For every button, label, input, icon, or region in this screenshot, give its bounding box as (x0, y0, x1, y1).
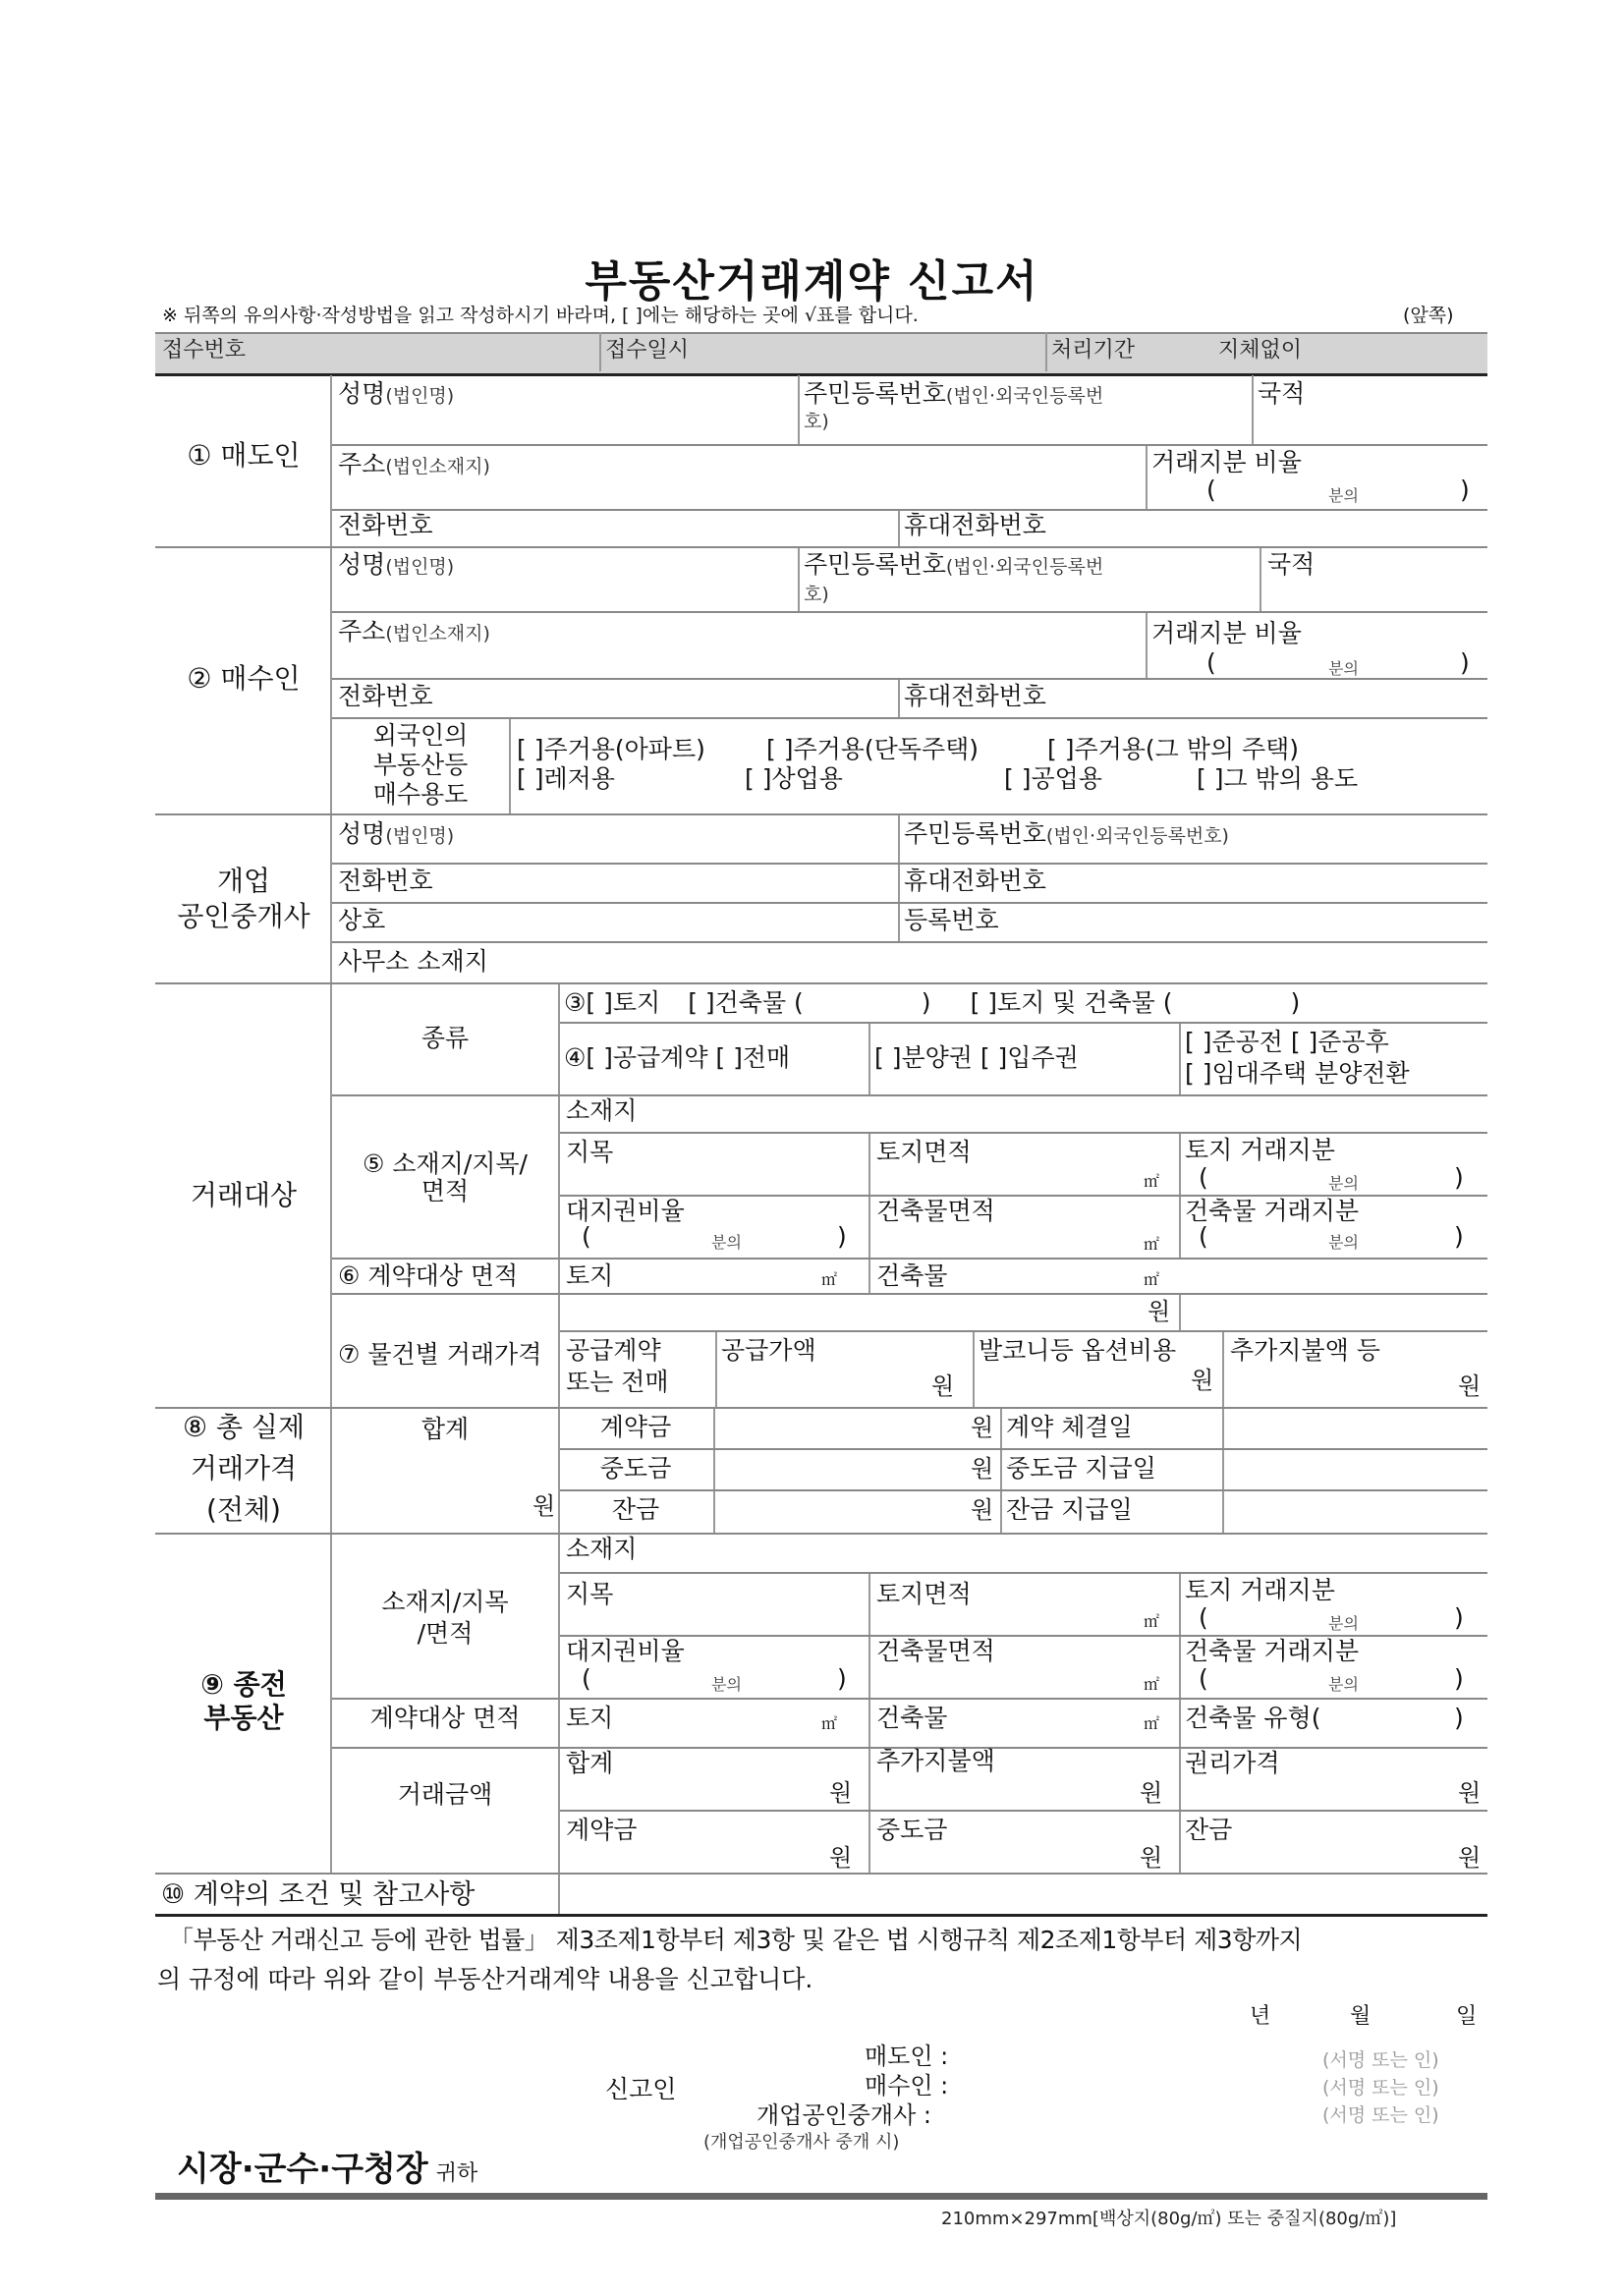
type-option-land[interactable]: [ ]토지 (586, 988, 660, 1017)
prev-amount-label: 거래금액 (332, 1780, 558, 1810)
agent-phone-label: 전화번호 (338, 867, 433, 896)
seller-mobile-label: 휴대전화번호 (904, 511, 1046, 540)
buyer-signature-label: 매수인 : (865, 2071, 948, 2100)
agent-signature-label: 개업공인중개사 : (756, 2100, 931, 2130)
supply-price-label: 공급가액 (721, 1336, 816, 1366)
deposit-amount-field[interactable] (715, 1409, 998, 1448)
addressee-main: 시장·군수·구청장 (177, 2150, 428, 2189)
prev-location-label-2: /면적 (332, 1619, 558, 1649)
agent-registration-label: 등록번호 (904, 906, 999, 935)
prev-interim-label: 중도금 (876, 1816, 947, 1845)
additional-payment-label: 추가지불액 등 (1230, 1336, 1380, 1366)
conditions-label: ⑩ 계약의 조건 및 참고사항 (161, 1880, 475, 1910)
target-building-share-label: 건축물 거래지분 (1185, 1197, 1359, 1226)
target-location-field[interactable] (560, 1096, 1487, 1132)
prev-contract-area-label: 계약대상 면적 (332, 1704, 558, 1733)
buyer-name-label: 성명(법인명) (338, 550, 454, 582)
prev-location-label: 소재지 (566, 1535, 637, 1564)
paper-spec: 210mm×297mm[백상지(80g/㎡) 또는 중질지(80g/㎡)] (941, 2205, 1396, 2234)
use-option-leisure[interactable]: [ ]레저용 (517, 764, 615, 794)
buyer-phone-label: 전화번호 (338, 682, 433, 711)
prev-contract-building-label: 건축물 (876, 1704, 947, 1733)
seller-name-label: 성명(법인명) (338, 379, 454, 411)
balance-label: 잔금 (560, 1495, 711, 1525)
prev-site-right-label: 대지권비율 (566, 1637, 685, 1666)
date-month-label: 월 (1350, 2002, 1371, 2032)
type-row-4-rental-conversion[interactable]: [ ]임대주택 분양전환 (1185, 1059, 1410, 1089)
target-building-area-label: 건축물면적 (876, 1197, 995, 1226)
type-label: 종류 (332, 1024, 558, 1053)
type-option-building[interactable]: [ ]건축물 ( (688, 988, 804, 1017)
agent-section-label-1: 개업 (157, 863, 330, 900)
interim-label: 중도금 (560, 1454, 711, 1484)
page-side-label: (앞쪽) (1403, 301, 1454, 330)
contract-building-label: 건축물 (876, 1261, 947, 1291)
use-option-other-housing[interactable]: [ ]주거용(그 밖의 주택) (1047, 735, 1299, 764)
seller-nationality-label: 국적 (1258, 379, 1305, 409)
previous-property-label-2: 부동산 (157, 1700, 330, 1737)
seller-id-label: 주민등록번호(법인·외국인등록번 (804, 379, 1103, 411)
type-row-4-supply[interactable]: ④[ ]공급계약 [ ]전매 (564, 1043, 790, 1073)
type-option-land-and-building[interactable]: [ ]토지 및 건축물 ( (971, 988, 1173, 1017)
instructions-notice: ※ 뒤쪽의 유의사항·작성방법을 읽고 작성하시기 바라며, [ ]에는 해당하… (162, 301, 919, 330)
total-price-label-1: ⑧ 총 실제 (157, 1409, 330, 1446)
target-section-label: 거래대상 (157, 1177, 330, 1214)
seller-address-label: 주소(법인소재지) (338, 450, 490, 481)
type-row-4-completion[interactable]: [ ]준공전 [ ]준공후 (1185, 1028, 1389, 1057)
date-day-label: 일 (1456, 2002, 1477, 2032)
declaration-line-1: 「부동산 거래신고 등에 관한 법률」 제3조제1항부터 제3항 및 같은 법 … (169, 1926, 1302, 1955)
use-option-industrial[interactable]: [ ]공업용 (1004, 764, 1102, 794)
agent-office-label: 사무소 소재지 (338, 947, 488, 977)
buyer-sign-hint[interactable]: (서명 또는 인) (1322, 2073, 1439, 2102)
balance-date-label: 잔금 지급일 (1006, 1495, 1133, 1525)
previous-property-label-1: ⑨ 종전 (157, 1666, 330, 1704)
prev-right-price-label: 권리가격 (1185, 1749, 1280, 1778)
balcony-option-label: 발코니등 옵션비용 (979, 1336, 1176, 1366)
seller-sign-hint[interactable]: (서명 또는 인) (1322, 2045, 1439, 2075)
prev-deposit-label: 계약금 (566, 1816, 637, 1845)
seller-signature-label: 매도인 : (865, 2042, 948, 2071)
total-price-label-2: 거래가격 (157, 1450, 330, 1487)
contract-building-area-field[interactable] (870, 1260, 1487, 1293)
target-land-area-label: 토지면적 (876, 1138, 972, 1167)
use-option-detached-house[interactable]: [ ]주거용(단독주택) (766, 735, 979, 764)
balance-amount-field[interactable] (715, 1491, 998, 1533)
addressee-suffix: 귀하 (436, 2161, 478, 2186)
use-option-other-use[interactable]: [ ]그 밖의 용도 (1197, 764, 1358, 794)
footer-bar (155, 2193, 1487, 2200)
use-option-apartment[interactable]: [ ]주거용(아파트) (517, 735, 705, 764)
agent-id-label: 주민등록번호(법인·외국인등록번호) (904, 819, 1229, 851)
contract-land-label: 토지 (566, 1261, 613, 1291)
interim-date-label: 중도금 지급일 (1006, 1454, 1156, 1484)
balance-date-field[interactable] (1224, 1491, 1487, 1533)
prev-land-category-label: 지목 (566, 1580, 613, 1609)
foreign-use-label-1: 외국인의 (334, 721, 507, 751)
use-option-commercial[interactable]: [ ]상업용 (745, 764, 843, 794)
agent-trade-name-label: 상호 (338, 906, 385, 935)
location-label-1: ⑤ 소재지/지목/ (332, 1149, 558, 1179)
supply-or-resale-label-1: 공급계약 (566, 1336, 661, 1366)
interim-date-field[interactable] (1224, 1450, 1487, 1489)
agent-trade-name-field[interactable] (332, 904, 896, 941)
receipt-number-label: 접수번호 (162, 336, 246, 365)
buyer-id-label: 주민등록번호(법인·외국인등록번 (804, 550, 1103, 582)
deposit-label: 계약금 (560, 1413, 711, 1442)
price-by-property-field[interactable] (560, 1295, 1179, 1330)
location-label-2: 면적 (332, 1177, 558, 1206)
price-by-property-label: ⑦ 물건별 거래가격 (338, 1340, 541, 1370)
agent-mobile-label: 휴대전화번호 (904, 867, 1046, 896)
prev-location-label-1: 소재지/지목 (332, 1588, 558, 1617)
agent-signature-note: (개업공인중개사 중개 시) (703, 2128, 899, 2157)
prev-building-share-label: 건축물 거래지분 (1185, 1637, 1359, 1666)
seller-share-ratio-label: 거래지분 비율 (1151, 448, 1302, 477)
addressee: 시장·군수·구청장 귀하 (177, 2150, 477, 2194)
contract-area-label: ⑥ 계약대상 면적 (338, 1261, 518, 1291)
total-sum-label: 합계 (332, 1415, 558, 1444)
reporter-label: 신고인 (605, 2075, 676, 2104)
seller-phone-label: 전화번호 (338, 511, 433, 540)
contract-date-label: 계약 체결일 (1006, 1413, 1133, 1442)
target-land-category-label: 지목 (566, 1138, 613, 1167)
prev-building-type-label: 건축물 유형( (1185, 1704, 1320, 1733)
page-title: 부동산거래계약 신고서 (0, 246, 1624, 308)
buyer-address-label: 주소(법인소재지) (338, 617, 490, 648)
buyer-section-label: ② 매수인 (157, 660, 330, 698)
contract-date-field[interactable] (1224, 1409, 1487, 1448)
prev-building-area-label: 건축물면적 (876, 1637, 995, 1666)
buyer-share-ratio-label: 거래지분 비율 (1151, 619, 1302, 648)
prev-additional-label: 추가지불액 (876, 1747, 995, 1776)
agent-sign-hint[interactable]: (서명 또는 인) (1322, 2100, 1439, 2130)
buyer-mobile-label: 휴대전화번호 (904, 682, 1046, 711)
declaration-line-2: 의 규정에 따라 위와 같이 부동산거래계약 내용을 신고합니다. (157, 1965, 812, 1994)
prev-location-field[interactable] (560, 1535, 1487, 1570)
total-price-label-3: (전체) (157, 1491, 330, 1529)
target-location-label: 소재지 (566, 1096, 637, 1126)
foreign-use-label-2: 부동산등 (334, 751, 507, 780)
agent-name-label: 성명(법인명) (338, 819, 454, 851)
type-row-4-rights[interactable]: [ ]분양권 [ ]입주권 (874, 1043, 1079, 1073)
processing-period-value: 지체없이 (1218, 336, 1302, 365)
foreign-use-label-3: 매수용도 (334, 780, 507, 810)
prev-land-area-label: 토지면적 (876, 1580, 972, 1609)
prev-balance-label: 잔금 (1185, 1816, 1232, 1845)
supply-or-resale-label-2: 또는 전매 (566, 1368, 669, 1397)
prev-land-share-label: 토지 거래지분 (1185, 1576, 1335, 1605)
prev-contract-land-label: 토지 (566, 1704, 613, 1733)
interim-amount-field[interactable] (715, 1450, 998, 1489)
conditions-field[interactable] (560, 1875, 1487, 1914)
type-row-3: ③[ ]토지[ ]건축물 ()[ ]토지 및 건축물 () (564, 988, 1300, 1018)
prev-total-label: 합계 (566, 1749, 613, 1778)
agent-section-label-2: 공인중개사 (157, 898, 330, 935)
date-year-label: 년 (1250, 2002, 1270, 2032)
target-land-share-label: 토지 거래지분 (1185, 1136, 1335, 1165)
receipt-date-label: 접수일시 (605, 336, 689, 365)
agent-office-field[interactable] (332, 943, 1487, 982)
processing-period-label: 처리기간 (1051, 336, 1135, 365)
seller-section-label: ① 매도인 (157, 437, 330, 475)
buyer-nationality-label: 국적 (1267, 550, 1315, 580)
